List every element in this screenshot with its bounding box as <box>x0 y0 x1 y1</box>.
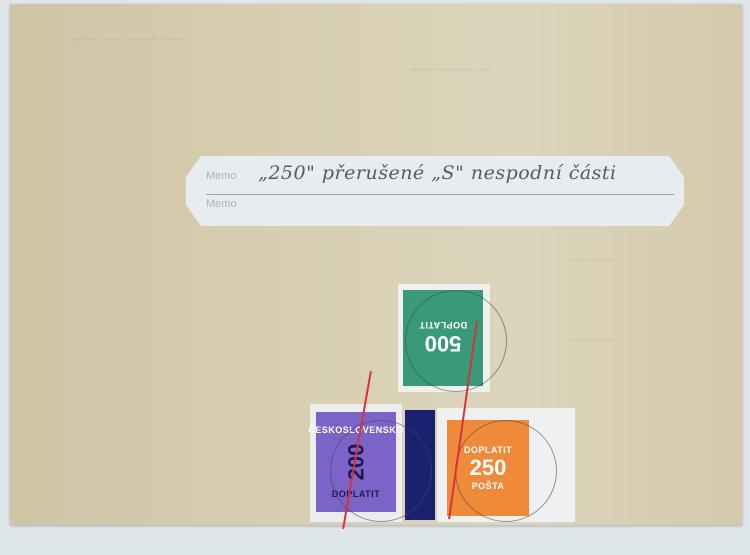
memo-line <box>206 194 674 195</box>
memo-label: Memo <box>206 170 237 182</box>
faint-text: ~~~~ ~~~~~~ ~~~ <box>410 64 493 76</box>
faint-text: ~~~ ~~~~ <box>570 254 614 266</box>
memo-slip: Memo Memo „250" přerušené „S" nespodní č… <box>186 156 684 226</box>
memo-label: Memo <box>206 198 237 210</box>
faint-text: ~~~~~ ~~ <box>570 334 614 346</box>
postmark <box>455 420 557 522</box>
faint-text: ~~~~~ ~~~ ~~~~~~ ~~~~ <box>70 34 185 46</box>
memo-handwriting: „250" přerušené „S" nespodní části <box>258 162 617 184</box>
postmark <box>405 290 507 392</box>
